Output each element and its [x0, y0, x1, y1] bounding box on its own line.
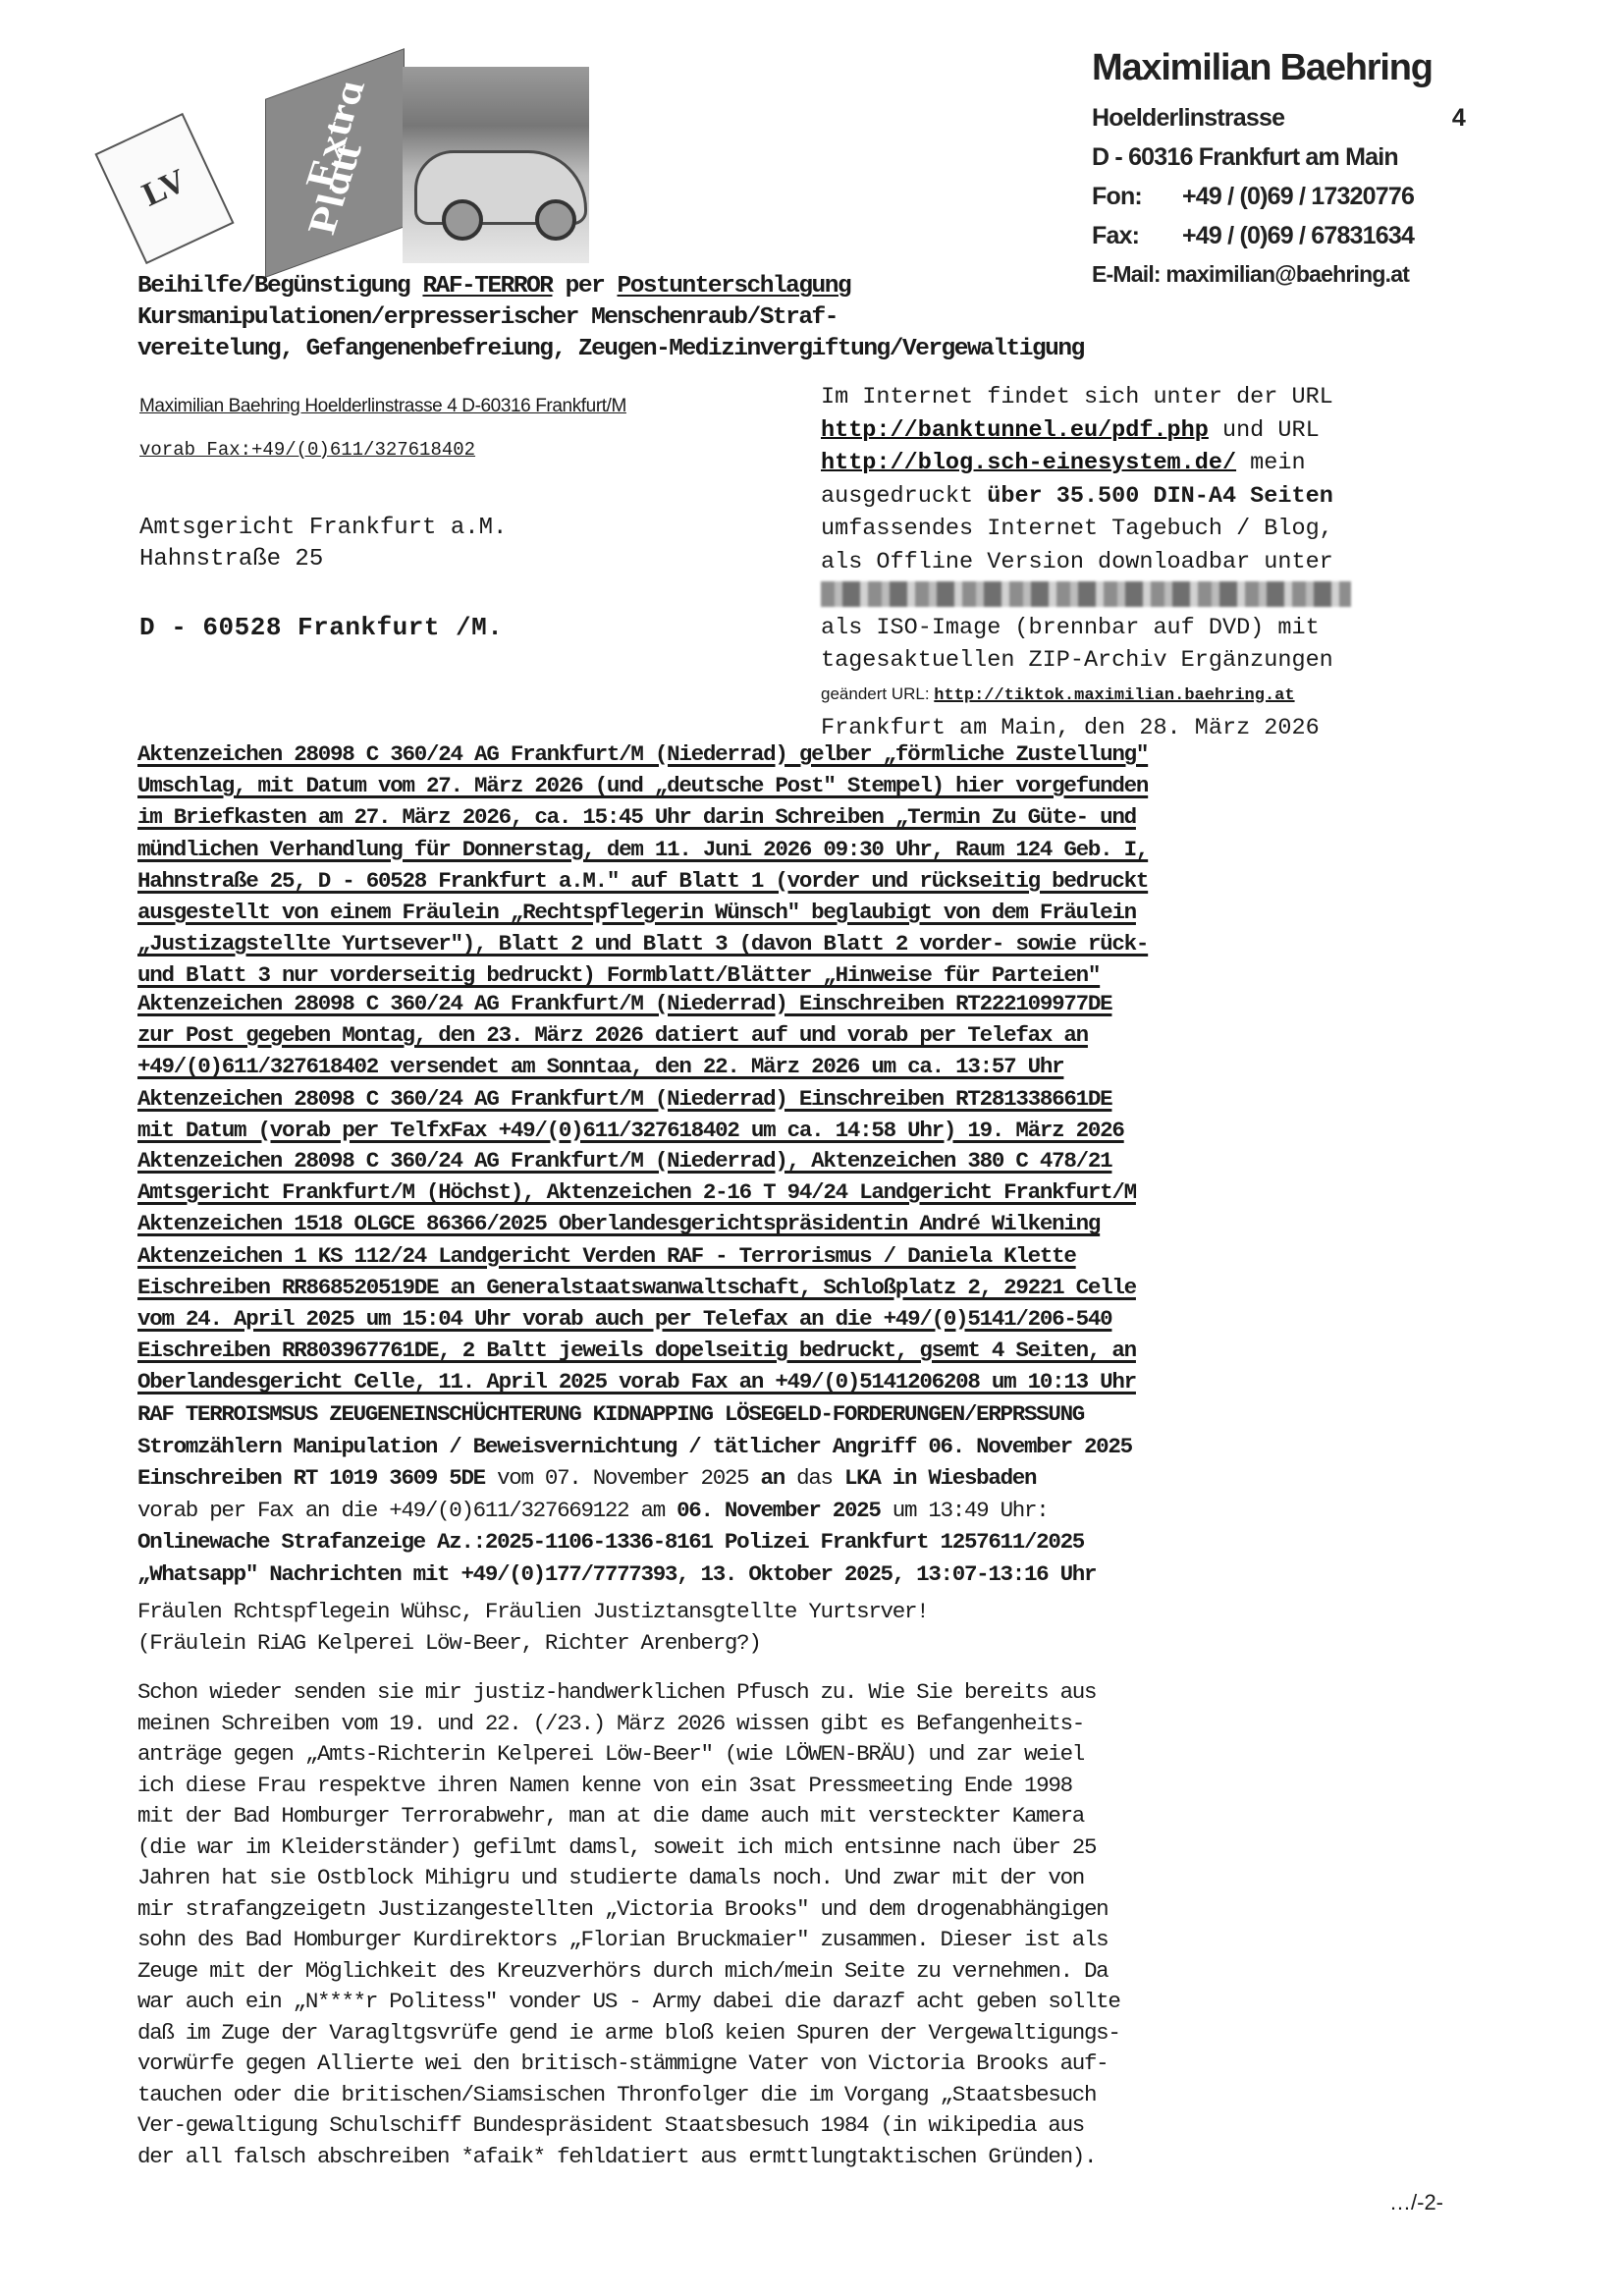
- street-name: Hoelderlinstrasse: [1092, 104, 1284, 133]
- reference-line: mündlichen Verhandlung für Donnerstag, d…: [137, 834, 1492, 865]
- body-line: Ver-gewaltigung Schulschiff Bundespräsid…: [137, 2110, 1120, 2142]
- info-line: als Offline Version downloadbar unter: [821, 546, 1351, 579]
- reference-line: +49/(0)611/327618402 versendet am Sonnta…: [137, 1051, 1492, 1082]
- subject-text: per: [552, 273, 617, 300]
- fax-number: +49 / (0)69 / 67831634: [1182, 222, 1414, 249]
- lka-wiesbaden: LKA in Wiesbaden: [844, 1465, 1036, 1491]
- body-line: mir strafangzeigetn Justizangestellten „…: [137, 1894, 1120, 1926]
- body-line: Schon wieder senden sie mir justiz-handw…: [137, 1677, 1120, 1709]
- info-text: und URL: [1209, 417, 1320, 444]
- fax-label: Fax:: [1092, 222, 1182, 250]
- info-line: http://banktunnel.eu/pdf.php und URL: [821, 414, 1351, 448]
- subject-line-3: vereitelung, Gefangenenbefreiung, Zeugen…: [137, 334, 1084, 365]
- reference-block-2: Aktenzeichen 28098 C 360/24 AG Frankfurt…: [137, 988, 1492, 1146]
- return-address: Maximilian Baehring Hoelderlinstrasse 4 …: [139, 396, 626, 417]
- body-line: Jahren hat sie Ostblock Mihigru und stud…: [137, 1863, 1120, 1894]
- info-line: [821, 578, 1351, 612]
- banktunnel-link[interactable]: http://banktunnel.eu/pdf.php: [821, 417, 1209, 444]
- notice-text: um 13:49 Uhr:: [881, 1498, 1049, 1523]
- notice-line: Einschreiben RT 1019 3609 5DE vom 07. No…: [137, 1462, 1132, 1495]
- page-count: über 35.500 DIN-A4 Seiten: [987, 483, 1333, 510]
- info-text: ausgedruckt: [821, 483, 987, 510]
- reference-line: ausgestellt von einem Fräulein „Rechtspf…: [137, 897, 1492, 928]
- reference-line: Aktenzeichen 28098 C 360/24 AG Frankfurt…: [137, 1083, 1492, 1115]
- info-line: ausgedruckt über 35.500 DIN-A4 Seiten: [821, 480, 1351, 514]
- notice-block: RAF TERROISMSUS ZEUGENEINSCHÜCHTERUNG KI…: [137, 1398, 1132, 1590]
- reference-line: Aktenzeichen 28098 C 360/24 AG Frankfurt…: [137, 1145, 1492, 1176]
- body-line: war auch ein „N****r Politess" vonder US…: [137, 1987, 1120, 2018]
- phone-label: Fon:: [1092, 183, 1182, 211]
- notice-line: „Whatsapp" Nachrichten mit +49/(0)177/77…: [137, 1561, 1096, 1587]
- notice-text: das: [784, 1465, 844, 1491]
- car-wheel-icon: [442, 199, 483, 241]
- salutation-line: Fräulen Rchtspflegein Wühsc, Fräulien Ju…: [137, 1597, 928, 1628]
- salutation: Fräulen Rchtspflegein Wühsc, Fräulien Ju…: [137, 1597, 928, 1659]
- registered-mail-number: Einschreiben RT 1019 3609 5DE: [137, 1465, 485, 1491]
- notice-text: vom 07. November 2025: [485, 1465, 761, 1491]
- reference-line: Amtsgericht Frankfurt/M (Höchst), Aktenz…: [137, 1176, 1492, 1208]
- notice-line: Onlinewache Strafanzeige Az.:2025-1106-1…: [137, 1529, 1084, 1555]
- sender-fax: Fax:+49 / (0)69 / 67831634: [1092, 222, 1414, 250]
- reference-line: Eischreiben RR803967761DE, 2 Baltt jewei…: [137, 1335, 1492, 1366]
- redacted-url: [821, 581, 1351, 607]
- info-line: Im Internet findet sich unter der URL: [821, 381, 1351, 414]
- body-line: meinen Schreiben vom 19. und 22. (/23.) …: [137, 1709, 1120, 1740]
- page-continuation-marker: …/-2-: [1389, 2190, 1443, 2215]
- subject-line-1: Beihilfe/Begünstigung RAF-TERROR per Pos…: [137, 271, 1084, 302]
- body-line: daß im Zuge der Varagltgsvrüfe gend ie a…: [137, 2018, 1120, 2050]
- changed-url-line: geändert URL: http://tiktok.maximilian.b…: [821, 678, 1351, 713]
- reference-line: Hahnstraße 25, D - 60528 Frankfurt a.M."…: [137, 865, 1492, 897]
- sender-email: E-Mail: maximilian@baehring.at: [1092, 261, 1409, 288]
- body-line: vorwürfe gegen Allierte wei den britisch…: [137, 2049, 1120, 2080]
- body-line: mit der Bad Homburger Terrorabwehr, man …: [137, 1801, 1120, 1832]
- reference-line: Oberlandesgericht Celle, 11. April 2025 …: [137, 1366, 1492, 1397]
- changed-url-label: geändert URL:: [821, 684, 934, 703]
- advance-fax-line: vorab Fax:+49/(0)611/327618402: [139, 439, 475, 461]
- subject-line-2: Kursmanipulationen/erpresserischer Mensc…: [137, 302, 1084, 334]
- notice-line: vorab per Fax an die +49/(0)611/32766912…: [137, 1495, 1132, 1527]
- sender-street: Hoelderlinstrasse 4: [1092, 104, 1465, 133]
- sender-city: D - 60316 Frankfurt am Main: [1092, 143, 1398, 172]
- extra-platt-banner: Extra Platt: [265, 48, 405, 278]
- recipient-street: Hahnstraße 25: [139, 544, 507, 575]
- wrecked-car-photo: [403, 67, 589, 263]
- badge-text: LV: [136, 162, 191, 214]
- reference-line: vom 24. April 2025 um 15:04 Uhr vorab au…: [137, 1303, 1492, 1335]
- body-line: ich diese Frau respektve ihren Namen ken…: [137, 1771, 1120, 1802]
- reference-line: zur Post gegeben Montag, den 23. März 20…: [137, 1019, 1492, 1051]
- reference-line: im Briefkasten am 27. März 2026, ca. 15:…: [137, 801, 1492, 833]
- notice-line: RAF TERROISMSUS ZEUGENEINSCHÜCHTERUNG KI…: [137, 1401, 1084, 1427]
- letterhead-logo-collage: LV Extra Platt: [98, 59, 589, 270]
- subject-raf-terror: RAF-TERROR: [422, 273, 552, 300]
- info-text: mein: [1236, 450, 1306, 476]
- body-line: tauchen oder die britischen/Siamsischen …: [137, 2080, 1120, 2111]
- salutation-line: (Fräulein RiAG Kelperei Löw-Beer, Richte…: [137, 1628, 928, 1660]
- reference-line: Eischreiben RR868520519DE an Generalstaa…: [137, 1272, 1492, 1303]
- subject-text: Beihilfe/Begünstigung: [137, 273, 422, 300]
- subject-heading: Beihilfe/Begünstigung RAF-TERROR per Pos…: [137, 271, 1084, 365]
- sender-name: Maximilian Baehring: [1092, 47, 1433, 89]
- info-line: http://blog.sch-einesystem.de/ mein: [821, 447, 1351, 480]
- tiktok-link[interactable]: http://tiktok.maximilian.baehring.at: [934, 686, 1294, 705]
- recipient-address: Amtsgericht Frankfurt a.M.Hahnstraße 25: [139, 513, 507, 575]
- info-line: als ISO-Image (brennbar auf DVD) mit: [821, 612, 1351, 645]
- blog-link[interactable]: http://blog.sch-einesystem.de/: [821, 450, 1236, 476]
- reference-block-3: Aktenzeichen 28098 C 360/24 AG Frankfurt…: [137, 1145, 1492, 1398]
- notice-text: an: [761, 1465, 784, 1491]
- house-number: 4: [1452, 104, 1465, 133]
- notice-text: vorab per Fax an die +49/(0)611/32766912…: [137, 1498, 676, 1523]
- sender-phone: Fon:+49 / (0)69 / 17320776: [1092, 183, 1414, 211]
- letter-body: Schon wieder senden sie mir justiz-handw…: [137, 1677, 1120, 2172]
- body-line: sohn des Bad Homburger Kurdirektors „Flo…: [137, 1925, 1120, 1956]
- reference-line: Aktenzeichen 1518 OLGCE 86366/2025 Oberl…: [137, 1208, 1492, 1239]
- reference-line: Umschlag, mit Datum vom 27. März 2026 (u…: [137, 770, 1492, 801]
- reference-line: Aktenzeichen 28098 C 360/24 AG Frankfurt…: [137, 738, 1492, 770]
- info-line: umfassendes Internet Tagebuch / Blog,: [821, 513, 1351, 546]
- body-line: anträge gegen „Amts-Richterin Kelperei L…: [137, 1739, 1120, 1771]
- notice-line: Stromzählern Manipulation / Beweisvernic…: [137, 1434, 1132, 1459]
- phone-number: +49 / (0)69 / 17320776: [1182, 183, 1414, 210]
- body-line: der all falsch abschreiben *afaik* fehld…: [137, 2142, 1120, 2173]
- reference-line: Aktenzeichen 1 KS 112/24 Landgericht Ver…: [137, 1240, 1492, 1272]
- body-line: (die war im Kleiderständer) gefilmt dams…: [137, 1832, 1120, 1864]
- reference-line: und Blatt 3 nur vorderseitig bedruckt) F…: [137, 959, 1492, 991]
- lv-badge-logo: LV: [94, 113, 234, 264]
- info-line: tagesaktuellen ZIP-Archiv Ergänzungen: [821, 644, 1351, 678]
- car-wheel-icon: [535, 199, 576, 241]
- recipient-zip-city: D - 60528 Frankfurt /M.: [139, 613, 503, 642]
- subject-postunterschlagung: Postunterschlagung: [618, 273, 851, 300]
- reference-line: mit Datum (vorab per TelfxFax +49/(0)611…: [137, 1115, 1492, 1146]
- reference-block-1: Aktenzeichen 28098 C 360/24 AG Frankfurt…: [137, 738, 1492, 992]
- notice-date: 06. November 2025: [676, 1498, 880, 1523]
- body-line: Zeuge mit der Möglichkeit des Kreuzverhö…: [137, 1956, 1120, 1988]
- reference-line: „Justizagstellte Yurtsever"), Blatt 2 un…: [137, 928, 1492, 959]
- reference-line: Aktenzeichen 28098 C 360/24 AG Frankfurt…: [137, 988, 1492, 1019]
- blog-info-column: Im Internet findet sich unter der URLhtt…: [821, 381, 1351, 745]
- recipient-court: Amtsgericht Frankfurt a.M.: [139, 513, 507, 544]
